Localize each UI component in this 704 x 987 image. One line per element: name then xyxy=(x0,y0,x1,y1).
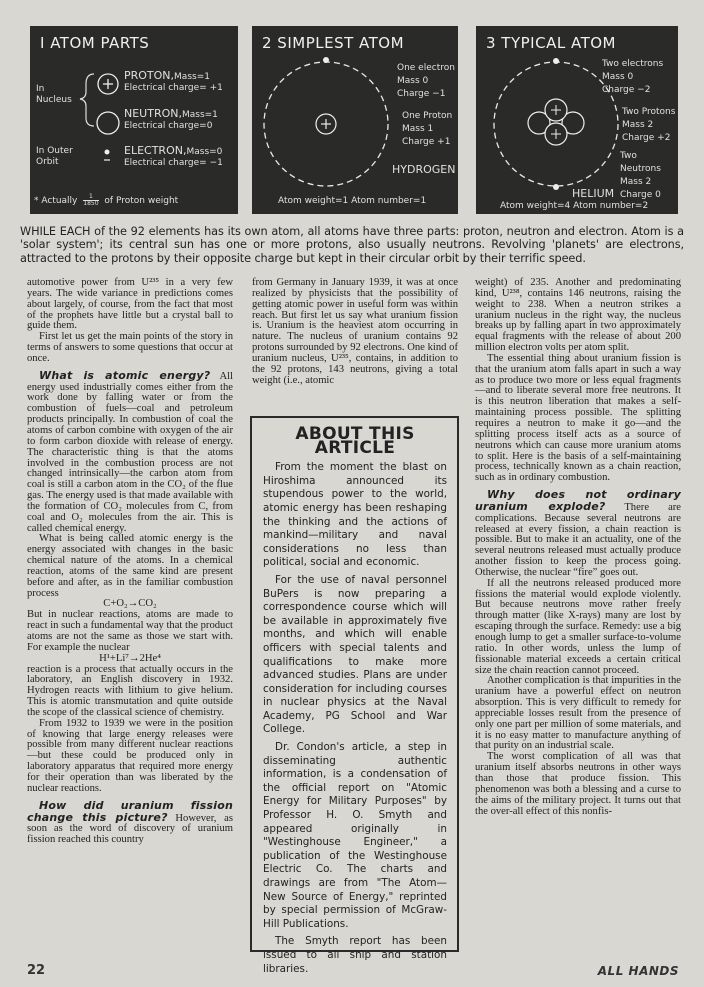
proton-charge: Electrical charge= +1 xyxy=(124,83,223,94)
electron-icon xyxy=(553,184,559,190)
electron-icon xyxy=(323,57,329,63)
in-nucleus-label: In Nucleus xyxy=(36,84,72,106)
paragraph: The worst complication of all was that u… xyxy=(475,752,681,817)
neutron-icon xyxy=(97,112,119,134)
paragraph: The Smyth report has been issued to all … xyxy=(263,935,447,976)
footnote: * Actually 1 1850 of Proton weight xyxy=(34,194,178,207)
paragraph: Another complication is that impurities … xyxy=(475,676,681,752)
paragraph: reaction is a process that actually occu… xyxy=(27,665,233,719)
electron-label: One electron Mass 0 Charge −1 xyxy=(397,62,455,101)
magazine-name: ALL HANDS xyxy=(598,964,679,978)
brace-icon xyxy=(80,74,94,126)
figure-caption: WHILE EACH of the 92 elements has its ow… xyxy=(20,225,684,265)
section-heading: What is atomic energy? xyxy=(39,369,210,382)
paragraph: What is being called atomic energy is th… xyxy=(27,534,233,599)
electron-charge: Electrical charge= −1 xyxy=(124,158,223,169)
proton-mass: Mass=1 xyxy=(174,72,210,82)
element-name: HELIUM xyxy=(572,188,614,199)
outer-orbit-label: In Outer Orbit xyxy=(36,146,73,168)
equation: H¹+Li⁷→2He⁴ xyxy=(27,654,233,665)
paragraph: automotive power from U²³⁵ in a very few… xyxy=(27,278,233,332)
paragraph: From 1932 to 1939 we were in the positio… xyxy=(27,719,233,795)
proton-label: One Proton Mass 1 Charge +1 xyxy=(402,110,452,149)
diagram-atom-parts: I ATOM PARTS In Nucleus PROTON,Mass=1 El… xyxy=(30,26,238,214)
paragraph: First let us get the main points of the … xyxy=(27,332,233,365)
paragraph: Dr. Condon's article, a step in dissemin… xyxy=(263,741,447,931)
paragraph: from Germany in January 1939, it was at … xyxy=(252,278,458,386)
diagram-typical-atom: 3 TYPICAL ATOM Two electrons Mass 0 Char… xyxy=(476,26,678,214)
neutron-charge: Electrical charge=0 xyxy=(124,121,212,132)
electrons-label: Two electrons Mass 0 Charge −2 xyxy=(602,58,663,97)
atom-footer: Atom weight=4 Atom number=2 xyxy=(500,201,648,212)
proton-label: PROTON, xyxy=(124,69,174,82)
neutron-label: NEUTRON, xyxy=(124,107,182,120)
paragraph: From the moment the blast on Hiroshima a… xyxy=(263,461,447,570)
atom-footer: Atom weight=1 Atom number=1 xyxy=(278,196,426,207)
electron-icon xyxy=(105,150,110,155)
protons-label: Two Protons Mass 2 Charge +2 xyxy=(622,106,675,145)
paragraph: The essential thing about uranium fissio… xyxy=(475,354,681,484)
box-title: ABOUT THIS ARTICLE xyxy=(263,428,447,455)
paragraph: But in nuclear reactions, atoms are made… xyxy=(27,610,233,653)
page-number: 22 xyxy=(27,963,45,978)
neutrons-label: Two Neutrons Mass 2 Charge 0 xyxy=(620,150,678,202)
paragraph: For the use of naval personnel BuPers is… xyxy=(263,574,447,737)
paragraph: If all the neutrons released produced mo… xyxy=(475,579,681,677)
article-column-3: weight) of 235. Another and predominatin… xyxy=(475,278,681,817)
section-paragraph: How did uranium fission change this pict… xyxy=(27,801,233,846)
electron-label: ELECTRON, xyxy=(124,144,186,157)
neutron-mass: Mass=1 xyxy=(182,110,218,120)
paragraph: weight) of 235. Another and predominatin… xyxy=(475,278,681,354)
electron-icon xyxy=(553,58,559,64)
section-paragraph: Why does not ordinary uranium explode? T… xyxy=(475,490,681,579)
diagram-simplest-atom: 2 SIMPLEST ATOM One electron Mass 0 Char… xyxy=(252,26,458,214)
about-this-article-box: ABOUT THIS ARTICLE From the moment the b… xyxy=(250,416,459,952)
section-paragraph: What is atomic energy? All energy used i… xyxy=(27,371,233,535)
electron-mass: Mass=0 xyxy=(186,147,222,157)
element-name: HYDROGEN xyxy=(392,164,455,175)
article-column-2: from Germany in January 1939, it was at … xyxy=(252,278,458,386)
article-column-1: automotive power from U²³⁵ in a very few… xyxy=(27,278,233,846)
